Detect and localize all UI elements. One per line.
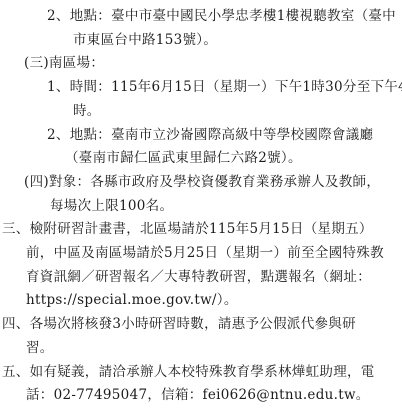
credit-hours-line-2: 習。 <box>26 337 402 361</box>
south-time-line-2: 時。 <box>73 100 402 124</box>
south-venue-line-1: 2、地點：臺南市立沙崙國際高級中等學校國際會議廳 <box>47 124 402 148</box>
registration-line-2: 前，中區及南區場請於5月25日（星期一）前至全國特殊教 <box>26 242 402 266</box>
credit-hours-line-1: 四、各場次將核發3小時研習時數，請惠予公假派代參與研 <box>2 313 402 337</box>
south-session-heading: (三)南區場： <box>24 52 402 76</box>
notice-document: 2、地點：臺中市臺中國民小學忠孝樓1樓視聽教室（臺中 市東區台中路153號）。 … <box>0 0 402 409</box>
registration-line-3: 育資訊網／研習報名／大專特教研習，點選報名（網址： <box>26 266 402 290</box>
contact-line-2: 話：02-77495047，信箱：fei0626@ntnu.edu.tw。 <box>26 384 402 408</box>
contact-line-1: 五、如有疑義，請洽承辦人本校特殊教育學系林燁虹助理，電 <box>2 361 402 385</box>
registration-line-1: 三、檢附研習計畫書，北區場請於115年5月15日（星期五） <box>2 218 402 242</box>
central-venue-line-1: 2、地點：臺中市臺中國民小學忠孝樓1樓視聽教室（臺中 <box>47 5 402 29</box>
audience-line-2: 每場次上限100名。 <box>50 195 402 219</box>
audience-line-1: (四)對象：各縣市政府及學校資優教育業務承辦人及教師， <box>24 171 402 195</box>
central-venue-line-2: 市東區台中路153號）。 <box>73 29 402 53</box>
south-time-line-1: 1、時間：115年6月15日（星期一）下午1時30分至下午4 <box>47 76 402 100</box>
south-venue-line-2: （臺南市歸仁區武東里歸仁六路2號）。 <box>65 147 402 171</box>
registration-url-line: https://special.moe.gov.tw/）。 <box>26 289 402 313</box>
